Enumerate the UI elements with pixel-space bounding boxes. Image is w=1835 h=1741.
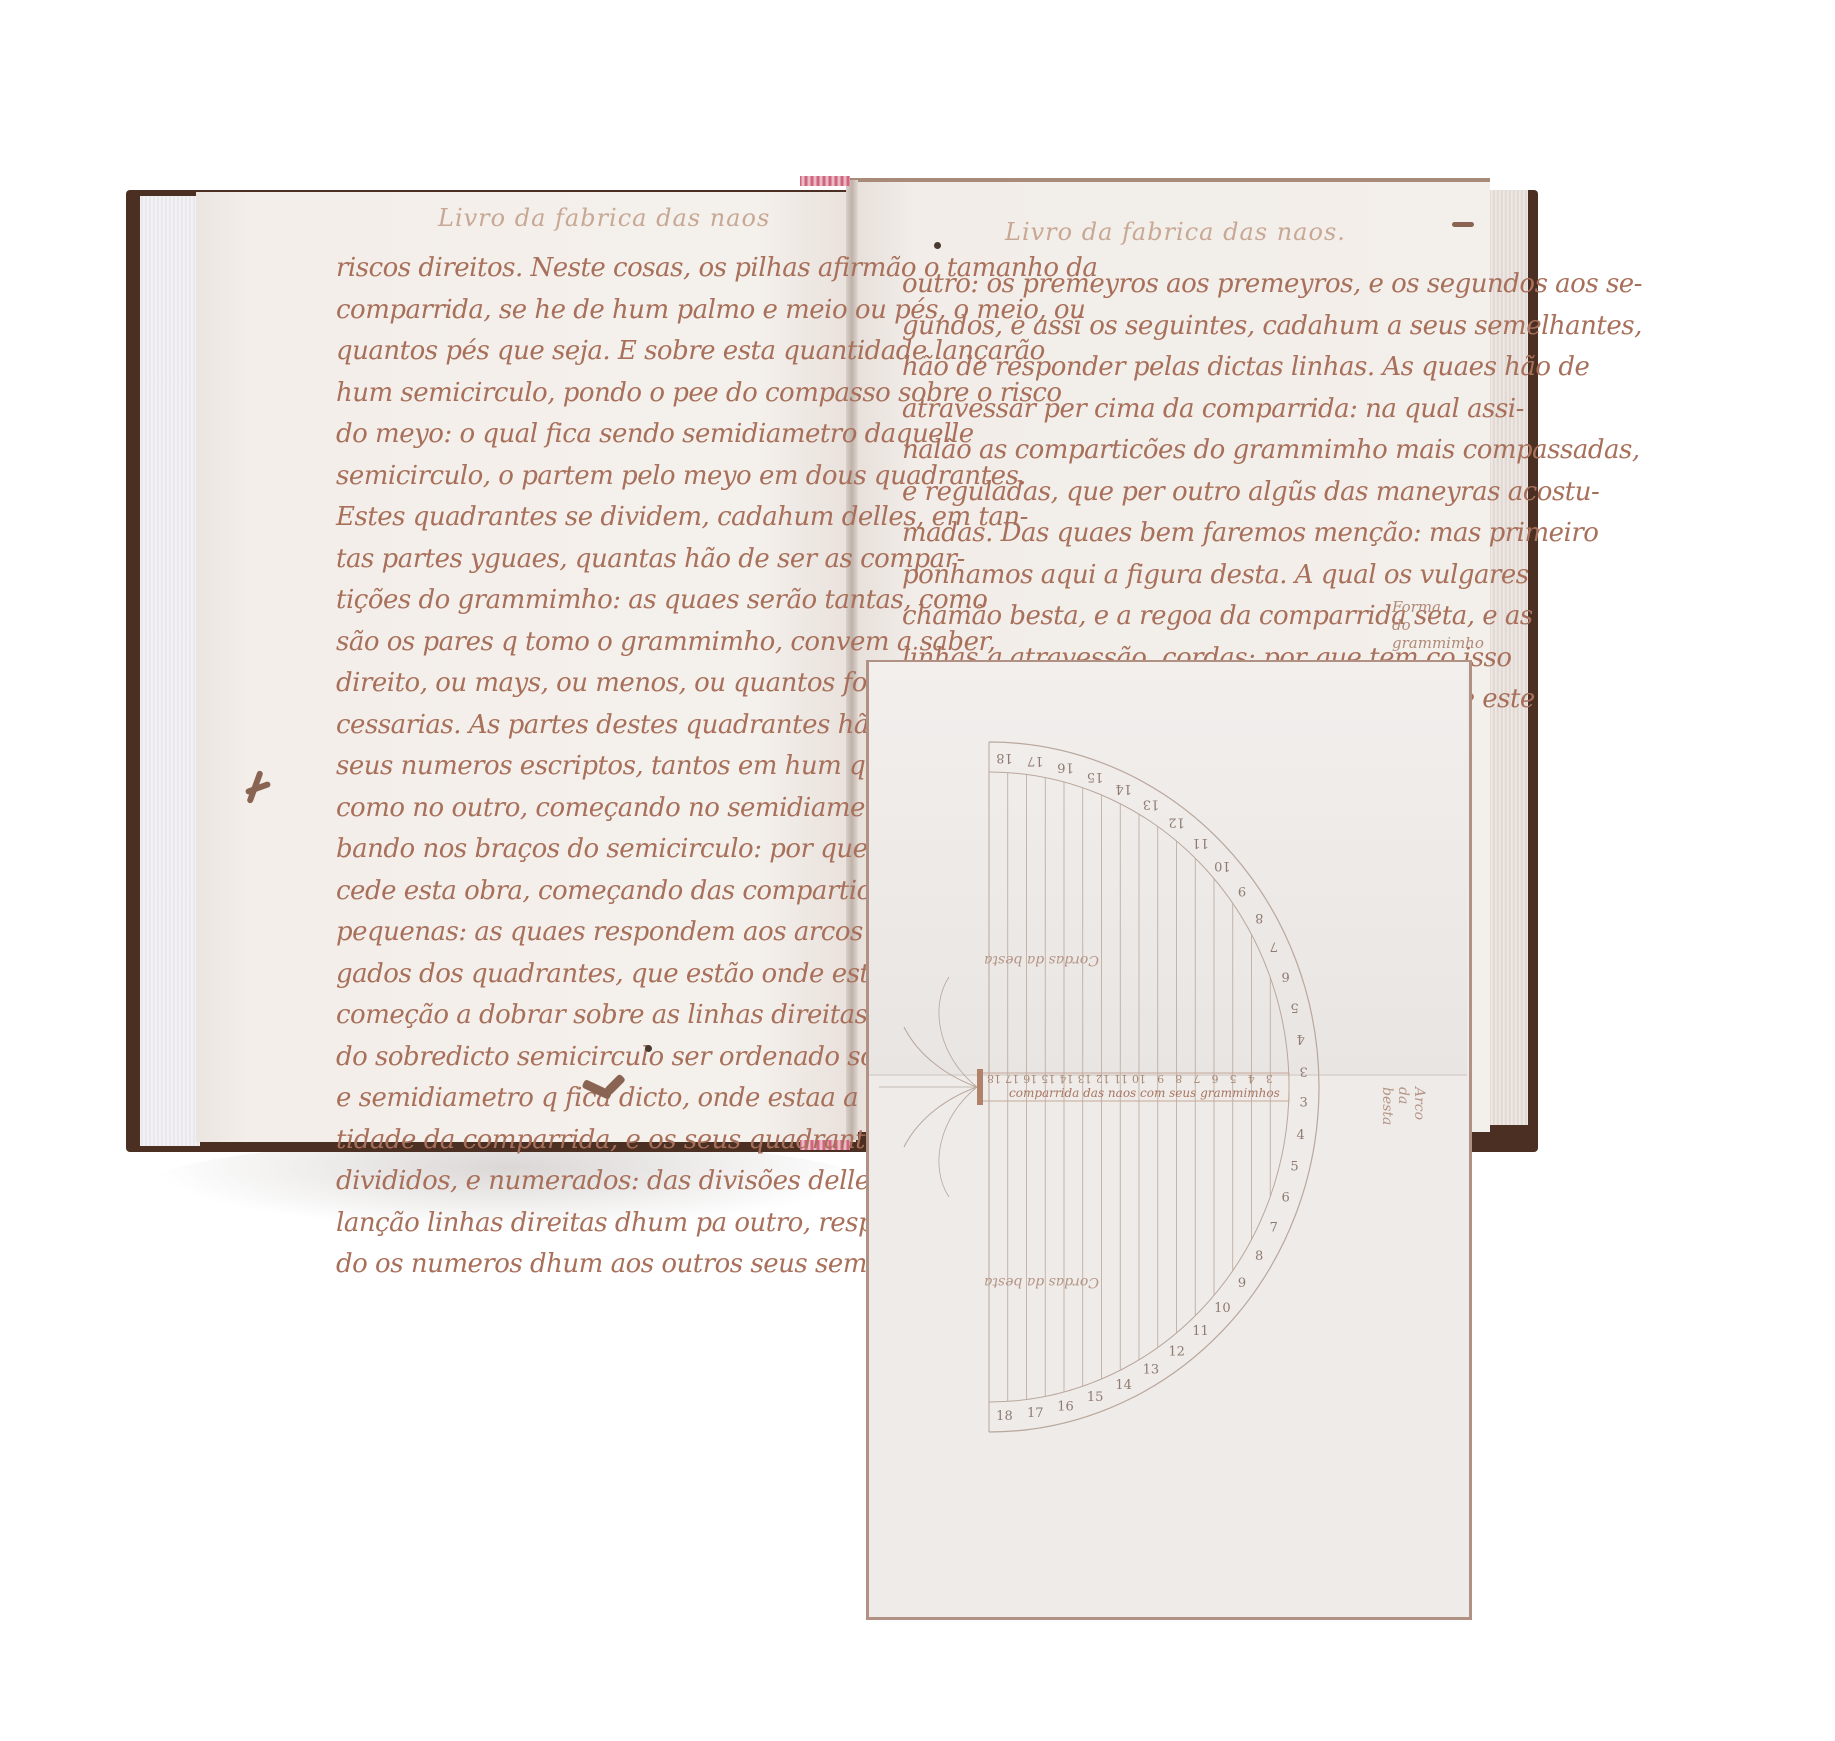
svg-text:comparrida das naos com seus g: comparrida das naos com seus grammimhos — [1009, 1086, 1280, 1100]
arc-number: 8 — [1255, 910, 1263, 925]
arc-number: 4 — [1296, 1128, 1304, 1143]
arc-number: 3 — [1299, 1063, 1307, 1078]
arc-number: 16 — [1057, 759, 1074, 774]
arc-number: 17 — [1027, 1406, 1044, 1421]
manuscript-line: madas. Das quaes bem faremos menção: mas… — [902, 513, 1642, 555]
arc-number: 12 — [1168, 1345, 1185, 1360]
left-running-head: Livro da fabrica das naos — [438, 204, 770, 232]
arc-number: 13 — [1143, 796, 1160, 811]
manuscript-line: outro: os premeyros aos premeyros, e os … — [902, 264, 1642, 306]
arc-number: 18 — [996, 1409, 1013, 1424]
arc-number: 14 — [1115, 781, 1132, 796]
svg-text:12: 12 — [1096, 1072, 1110, 1085]
arc-number: 10 — [1214, 1301, 1231, 1316]
margin-note: Forma do grammimho — [1392, 598, 1462, 652]
foldout-diagram-sheet: 1817161514131211109876543181716151413121… — [866, 660, 1472, 1620]
right-label: Arco da besta — [1379, 1087, 1427, 1129]
manuscript-line: nalão as comparticões do grammimho mais … — [902, 430, 1642, 472]
svg-text:8: 8 — [1175, 1072, 1182, 1085]
svg-text:16: 16 — [1023, 1072, 1037, 1085]
svg-text:15: 15 — [1041, 1072, 1055, 1085]
left-page-edges — [140, 196, 200, 1146]
arc-number: 6 — [1281, 1191, 1289, 1206]
svg-text:7: 7 — [1193, 1072, 1200, 1085]
ink-dot — [934, 242, 941, 249]
svg-text:4: 4 — [1248, 1072, 1255, 1085]
arc-number: 9 — [1238, 1276, 1246, 1291]
arc-number: 15 — [1087, 769, 1104, 784]
arc-number: 4 — [1296, 1031, 1304, 1046]
arc-number: 13 — [1143, 1363, 1160, 1378]
svg-text:14: 14 — [1060, 1072, 1074, 1085]
arc-number: 5 — [1290, 999, 1298, 1014]
arc-number: 14 — [1115, 1378, 1132, 1393]
arc-number: 8 — [1255, 1249, 1263, 1264]
svg-text:3: 3 — [1266, 1072, 1273, 1085]
manuscript-line: gundos, e assi os seguintes, cadahum a s… — [902, 306, 1642, 348]
svg-text:5: 5 — [1230, 1072, 1237, 1085]
arc-number: 11 — [1192, 1324, 1209, 1339]
arc-number: 7 — [1270, 938, 1278, 953]
arc-number: 9 — [1238, 883, 1246, 898]
manuscript-line: e reguladas, que per outro algũs das man… — [902, 472, 1642, 514]
svg-text:13: 13 — [1078, 1072, 1092, 1085]
svg-text:10: 10 — [1132, 1072, 1146, 1085]
ink-dot — [645, 1045, 652, 1052]
svg-text:17: 17 — [1005, 1072, 1019, 1085]
arc-number: 18 — [996, 750, 1013, 765]
svg-text:6: 6 — [1212, 1072, 1219, 1085]
svg-text:11: 11 — [1114, 1072, 1128, 1085]
arc-number: 16 — [1057, 1400, 1074, 1415]
headband — [800, 176, 850, 186]
arc-number: 6 — [1281, 968, 1289, 983]
upper-label: Cordas da besta — [984, 952, 1099, 968]
arc-number: 3 — [1299, 1096, 1307, 1111]
svg-text:9: 9 — [1157, 1072, 1164, 1085]
manuscript-line: ponhamos aqui a figura desta. A qual os … — [902, 555, 1642, 597]
lower-label: Cordas da besta — [984, 1274, 1099, 1290]
arc-number: 15 — [1087, 1390, 1104, 1405]
arc-number: 7 — [1270, 1221, 1278, 1236]
manuscript-line: hão de responder pelas dictas linhas. As… — [902, 347, 1642, 389]
grammimho-diagram: 1817161514131211109876543181716151413121… — [869, 662, 1469, 1617]
svg-text:18: 18 — [987, 1072, 1001, 1085]
arc-number: 5 — [1290, 1160, 1298, 1175]
arc-number: 10 — [1214, 858, 1231, 873]
arc-number: 17 — [1027, 753, 1044, 768]
manuscript-line: atravessar per cima da comparrida: na qu… — [902, 389, 1642, 431]
arc-number: 12 — [1168, 814, 1185, 829]
manuscript-line: chamão besta, e a regoa da comparrida se… — [902, 596, 1642, 638]
arc-number: 11 — [1192, 835, 1209, 850]
right-running-head: Livro da fabrica das naos. — [1005, 218, 1346, 246]
ink-mark — [1452, 222, 1474, 227]
